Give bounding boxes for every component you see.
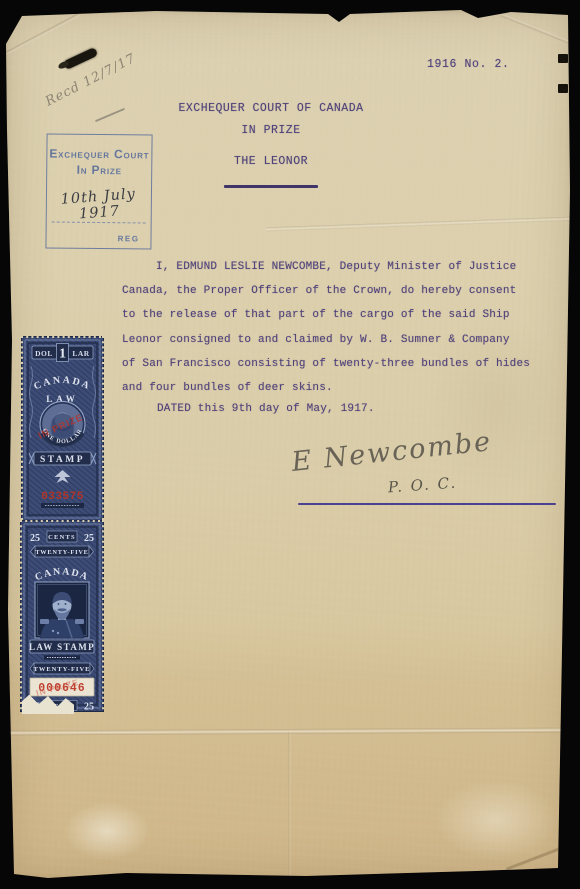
receipt-handwritten-date: 10th July 1917 bbox=[50, 185, 148, 224]
jurisdiction-title: IN PRIZE bbox=[146, 124, 396, 137]
paper-stain bbox=[436, 780, 556, 860]
dollar-banner-left: DOL bbox=[35, 349, 53, 358]
quarter-law-stamp: LAW STAMP bbox=[29, 642, 95, 652]
dollar-numeral: 1 bbox=[59, 347, 66, 362]
quarter-top-left-value: 25 bbox=[30, 533, 40, 544]
case-number: 1916 No. 2. bbox=[427, 58, 510, 71]
king-george-v-portrait bbox=[35, 582, 89, 638]
scanned-document-photo: Recd 12/7/17 1916 No. 2. EXCHEQUER COURT… bbox=[0, 0, 580, 889]
corner-crease-top-right bbox=[501, 14, 580, 50]
one-dollar-law-stamp-art: DOL 1 LAR CANADA LAW bbox=[21, 336, 104, 522]
corner-crease-top-left bbox=[6, 13, 80, 54]
title-underline bbox=[224, 185, 318, 188]
body-line: I, EDMUND LESLIE NEWCOMBE, Deputy Minist… bbox=[122, 255, 526, 279]
pencil-dash-mark bbox=[95, 108, 125, 122]
receipt-stamp-prize-line: In Prize bbox=[47, 162, 151, 177]
quarter-ribbon: TWENTY-FIVE bbox=[34, 666, 91, 673]
document-page: Recd 12/7/17 1916 No. 2. EXCHEQUER COURT… bbox=[6, 10, 572, 880]
fold-crease-lower bbox=[6, 728, 572, 736]
ink-smudge-mark bbox=[63, 47, 99, 70]
pencil-received-note: Recd 12/7/17 bbox=[43, 42, 157, 110]
body-line: Canada, the Proper Officer of the Crown,… bbox=[122, 279, 526, 303]
body-line: of San Francisco consisting of twenty-th… bbox=[122, 352, 526, 376]
case-name: THE LEONOR bbox=[146, 155, 396, 168]
edge-mark bbox=[558, 54, 568, 63]
consent-paragraph: I, EDMUND LESLIE NEWCOMBE, Deputy Minist… bbox=[122, 255, 526, 400]
body-line: and four bundles of deer skins. bbox=[122, 376, 526, 400]
twenty-five-cent-law-stamp: 25 CENTS 25 TWENTY-FIVE CANADA bbox=[20, 520, 104, 716]
dollar-banner-right: LAR bbox=[72, 349, 89, 358]
court-receipt-stamp-box: Exchequer Court In Prize 10th July 1917 … bbox=[45, 133, 152, 249]
receipt-stamp-court-line: Exchequer Court bbox=[47, 146, 151, 161]
dollar-stamp-word: STAMP bbox=[40, 455, 85, 465]
quarter-cents-word: CENTS bbox=[48, 534, 76, 541]
fold-crease-upper bbox=[266, 217, 572, 232]
signature-underline bbox=[298, 503, 556, 505]
receipt-reg-label: REG bbox=[118, 234, 140, 243]
one-dollar-law-stamp: DOL 1 LAR CANADA LAW bbox=[21, 336, 104, 522]
body-line: Leonor consigned to and claimed by W. B.… bbox=[122, 328, 526, 352]
edge-mark bbox=[558, 84, 568, 93]
quarter-bottom-right-value: 25 bbox=[84, 702, 94, 713]
document-title-block: EXCHEQUER COURT OF CANADA IN PRIZE THE L… bbox=[146, 102, 396, 188]
twenty-five-cent-stamp-art: 25 CENTS 25 TWENTY-FIVE CANADA bbox=[20, 520, 104, 712]
dated-line: DATED this 9th day of May, 1917. bbox=[157, 403, 375, 415]
signature-title: P. O. C. bbox=[387, 474, 457, 497]
fold-crease-vertical bbox=[288, 732, 291, 876]
body-line: to the release of that part of the cargo… bbox=[122, 303, 526, 327]
paper-stain bbox=[64, 802, 150, 860]
dollar-serial-number: 033575 bbox=[41, 491, 84, 503]
quarter-top-right-value: 25 bbox=[84, 533, 94, 544]
court-title: EXCHEQUER COURT OF CANADA bbox=[146, 102, 396, 115]
quarter-banner: TWENTY-FIVE bbox=[35, 549, 88, 556]
